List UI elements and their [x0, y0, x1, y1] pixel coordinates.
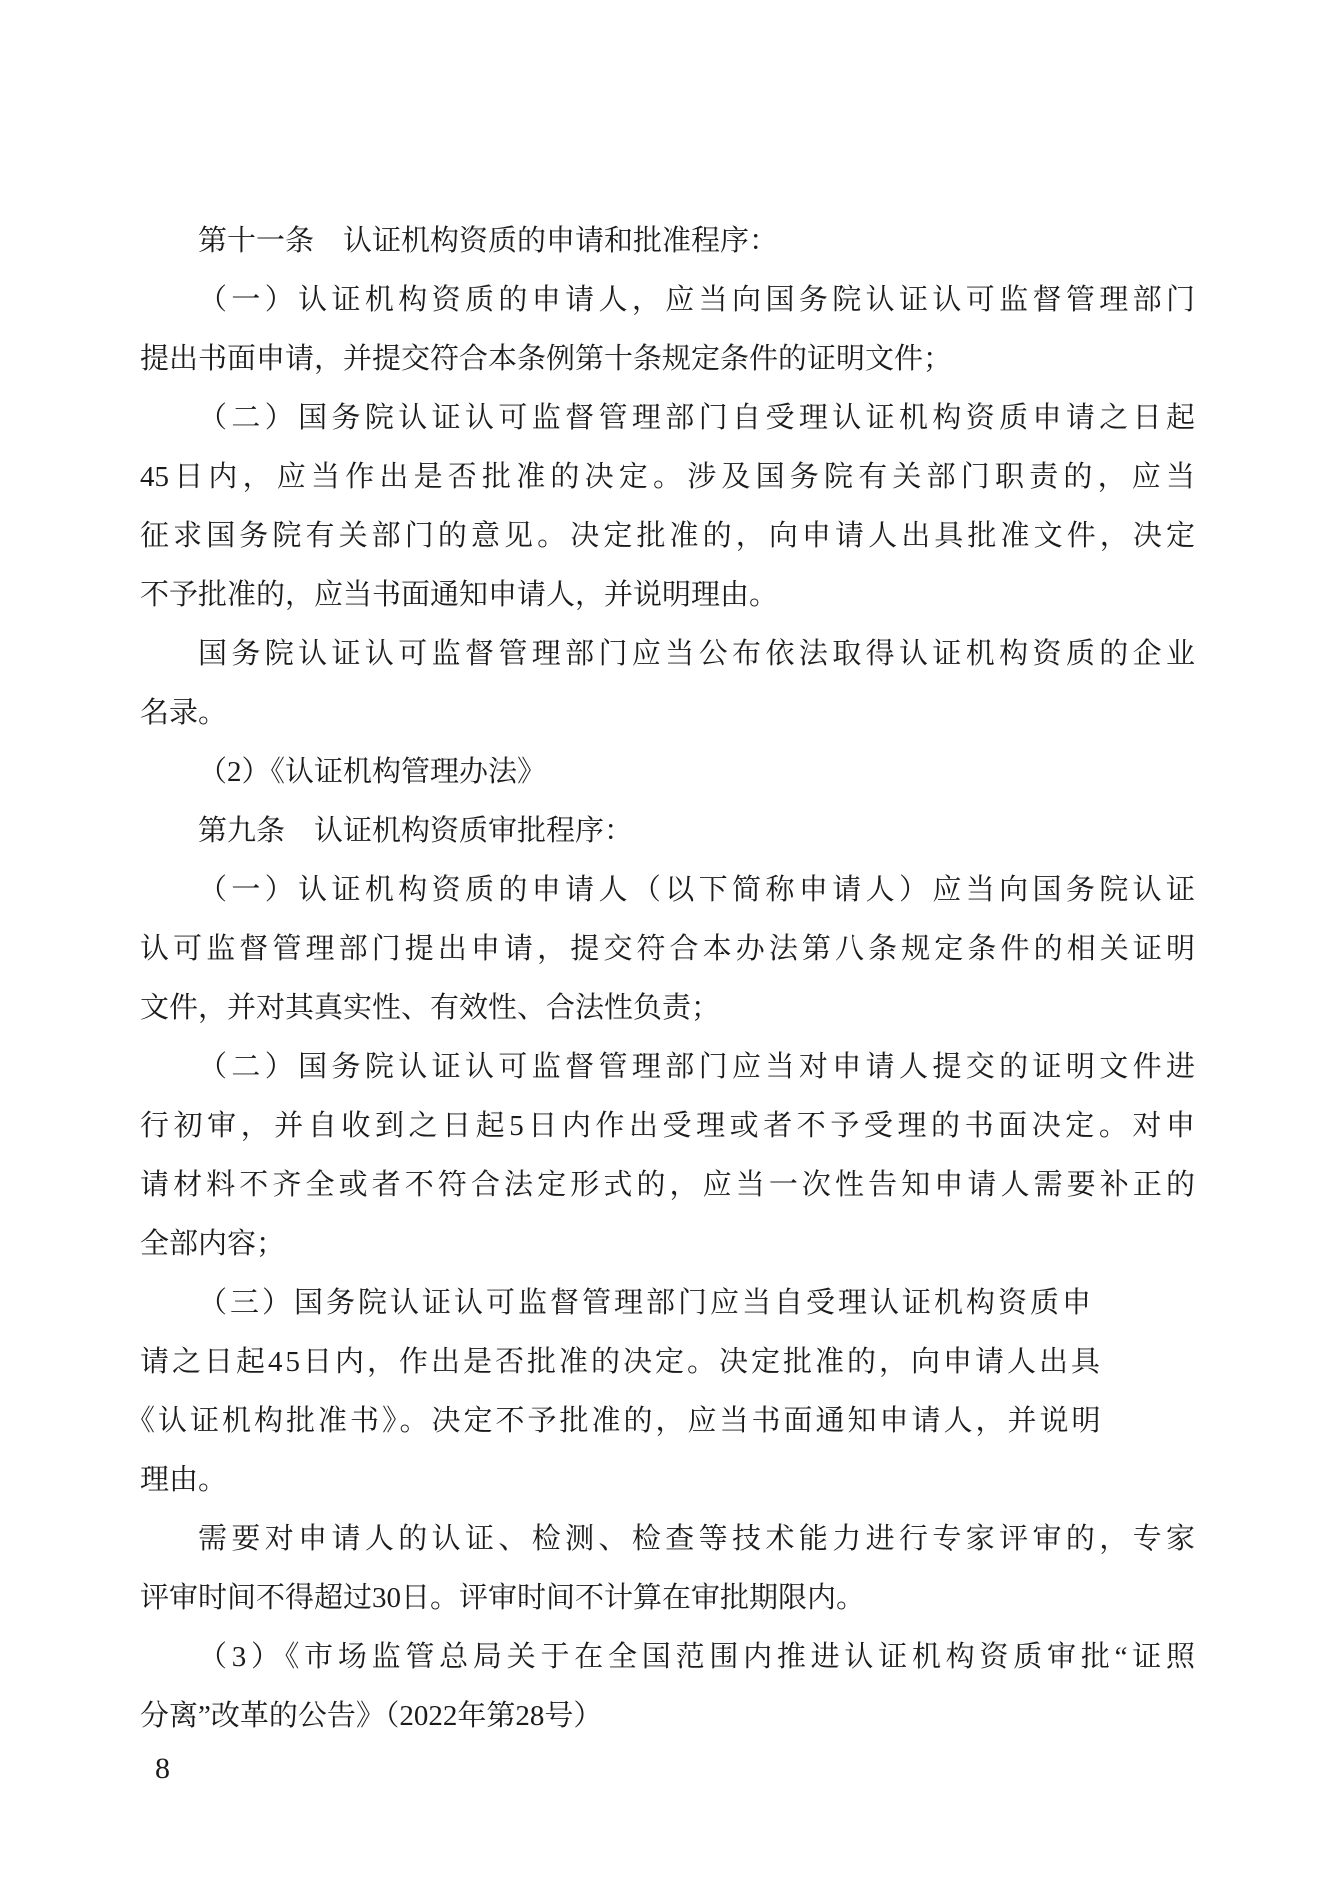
text-line: 分离”改革的公告》（2022年第28号）	[140, 1687, 1195, 1746]
text-line: 名录。	[140, 684, 1195, 743]
text-line: （一）认证机构资质的申请人（以下简称申请人）应当向国务院认证	[140, 861, 1195, 920]
text-line: 请材料不齐全或者不符合法定形式的，应当一次性告知申请人需要补正的	[140, 1156, 1195, 1215]
text-line: 行初审，并自收到之日起5日内作出受理或者不予受理的书面决定。对申	[140, 1097, 1195, 1156]
text-line: 国务院认证认可监督管理部门应当公布依法取得认证机构资质的企业	[140, 625, 1195, 684]
text-line: 征求国务院有关部门的意见。决定批准的，向申请人出具批准文件，决定	[140, 507, 1195, 566]
text-line: 提出书面申请，并提交符合本条例第十条规定条件的证明文件；	[140, 330, 1195, 389]
text-line: 第十一条 认证机构资质的申请和批准程序：	[140, 212, 1195, 271]
text-line: 45日内，应当作出是否批准的决定。涉及国务院有关部门职责的，应当	[140, 448, 1195, 507]
text-line: （二）国务院认证认可监督管理部门自受理认证机构资质申请之日起	[140, 389, 1195, 448]
text-line: 请之日起45日内，作出是否批准的决定。决定批准的，向申请人出具	[140, 1333, 1195, 1392]
document-page: 第十一条 认证机构资质的申请和批准程序： （一）认证机构资质的申请人，应当向国务…	[0, 0, 1339, 1890]
text-line: 《认证机构批准书》。决定不予批准的，应当书面通知申请人，并说明	[126, 1392, 1195, 1451]
text-line: 第九条 认证机构资质审批程序：	[140, 802, 1195, 861]
page-number: 8	[155, 1745, 170, 1793]
text-line: （3）《市场监管总局关于在全国范围内推进认证机构资质审批“证照	[140, 1628, 1195, 1687]
text-line: 文件，并对其真实性、有效性、合法性负责；	[140, 979, 1195, 1038]
text-line: 认可监督管理部门提出申请，提交符合本办法第八条规定条件的相关证明	[140, 920, 1195, 979]
text-line: 需要对申请人的认证、检测、检查等技术能力进行专家评审的，专家	[140, 1510, 1195, 1569]
document-text-block: 第十一条 认证机构资质的申请和批准程序： （一）认证机构资质的申请人，应当向国务…	[140, 212, 1195, 1746]
text-line: （2）《认证机构管理办法》	[140, 743, 1195, 802]
text-line: （一）认证机构资质的申请人，应当向国务院认证认可监督管理部门	[140, 271, 1195, 330]
text-line: （二）国务院认证认可监督管理部门应当对申请人提交的证明文件进	[140, 1038, 1195, 1097]
text-line: 不予批准的，应当书面通知申请人，并说明理由。	[140, 566, 1195, 625]
text-line: 理由。	[140, 1451, 1195, 1510]
text-line: （三）国务院认证认可监督管理部门应当自受理认证机构资质申	[140, 1274, 1195, 1333]
text-line: 评审时间不得超过30日。评审时间不计算在审批期限内。	[140, 1569, 1195, 1628]
text-line: 全部内容；	[140, 1215, 1195, 1274]
